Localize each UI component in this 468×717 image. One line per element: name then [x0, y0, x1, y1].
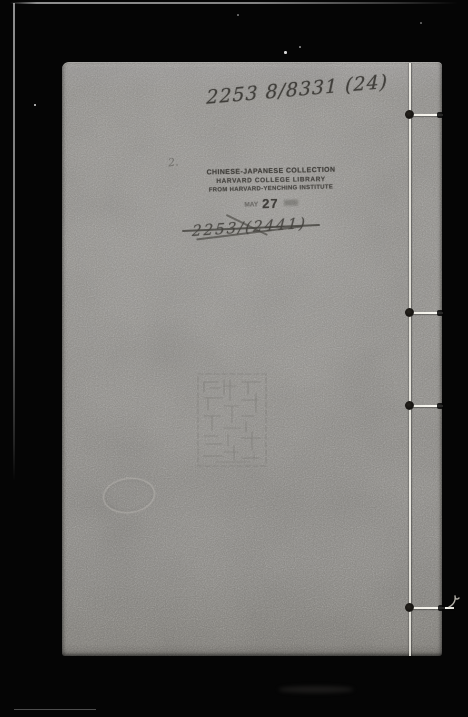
- stamp-date-year-smudge: [284, 200, 298, 206]
- stamp-institute-line: FROM HARVARD-YENCHING INSTITUTE: [205, 184, 337, 193]
- binding-thread-vertical: [409, 63, 411, 656]
- scan-edge-line-top: [10, 2, 458, 4]
- dust-speck: [34, 104, 36, 106]
- seal-impression: [196, 372, 268, 468]
- stamp-collection-line: CHINESE-JAPANESE COLLECTION: [205, 167, 337, 177]
- dust-speck: [299, 46, 301, 48]
- stitch-hole: [405, 603, 414, 612]
- dust-speck: [284, 51, 287, 54]
- scan-smudge: [278, 686, 354, 693]
- binding-stitch: [404, 308, 456, 318]
- crossed-out-number: 2253/(2441): [182, 214, 332, 248]
- stamp-library-line: HARVARD COLLEGE LIBRARY: [205, 176, 337, 185]
- oval-impression: [101, 475, 157, 516]
- book-cover: 2253 8/8331 (24) 2. CHINESE-JAPANESE COL…: [62, 62, 442, 656]
- binding-stitch: [404, 110, 456, 120]
- stitch-edge-notch: [437, 112, 444, 118]
- paper-grain-texture: [62, 62, 442, 656]
- paper-blotch-texture: [62, 62, 442, 656]
- scan-edge-line-left: [13, 3, 15, 481]
- stitch-edge-notch: [437, 403, 444, 409]
- binding-stitch: [404, 401, 456, 411]
- scan-canvas: 2253 8/8331 (24) 2. CHINESE-JAPANESE COL…: [0, 0, 468, 717]
- stamp-date: MAY27: [205, 194, 337, 214]
- thread-tail: [448, 593, 460, 609]
- scan-edge-line-bottom: [14, 709, 96, 710]
- stitch-edge-notch: [437, 310, 444, 316]
- pencil-mark: 2.: [167, 155, 179, 169]
- dust-speck: [237, 14, 239, 16]
- stitch-hole: [405, 308, 414, 317]
- dust-speck: [420, 22, 422, 24]
- stamp-date-month: MAY: [244, 201, 258, 208]
- handwritten-call-number: 2253 8/8331 (24): [206, 69, 406, 109]
- stitch-hole: [405, 401, 414, 410]
- library-stamp: CHINESE-JAPANESE COLLECTION HARVARD COLL…: [205, 168, 337, 213]
- stitch-hole: [405, 110, 414, 119]
- stitch-edge-notch: [438, 605, 445, 611]
- stamp-date-day: 27: [262, 196, 279, 211]
